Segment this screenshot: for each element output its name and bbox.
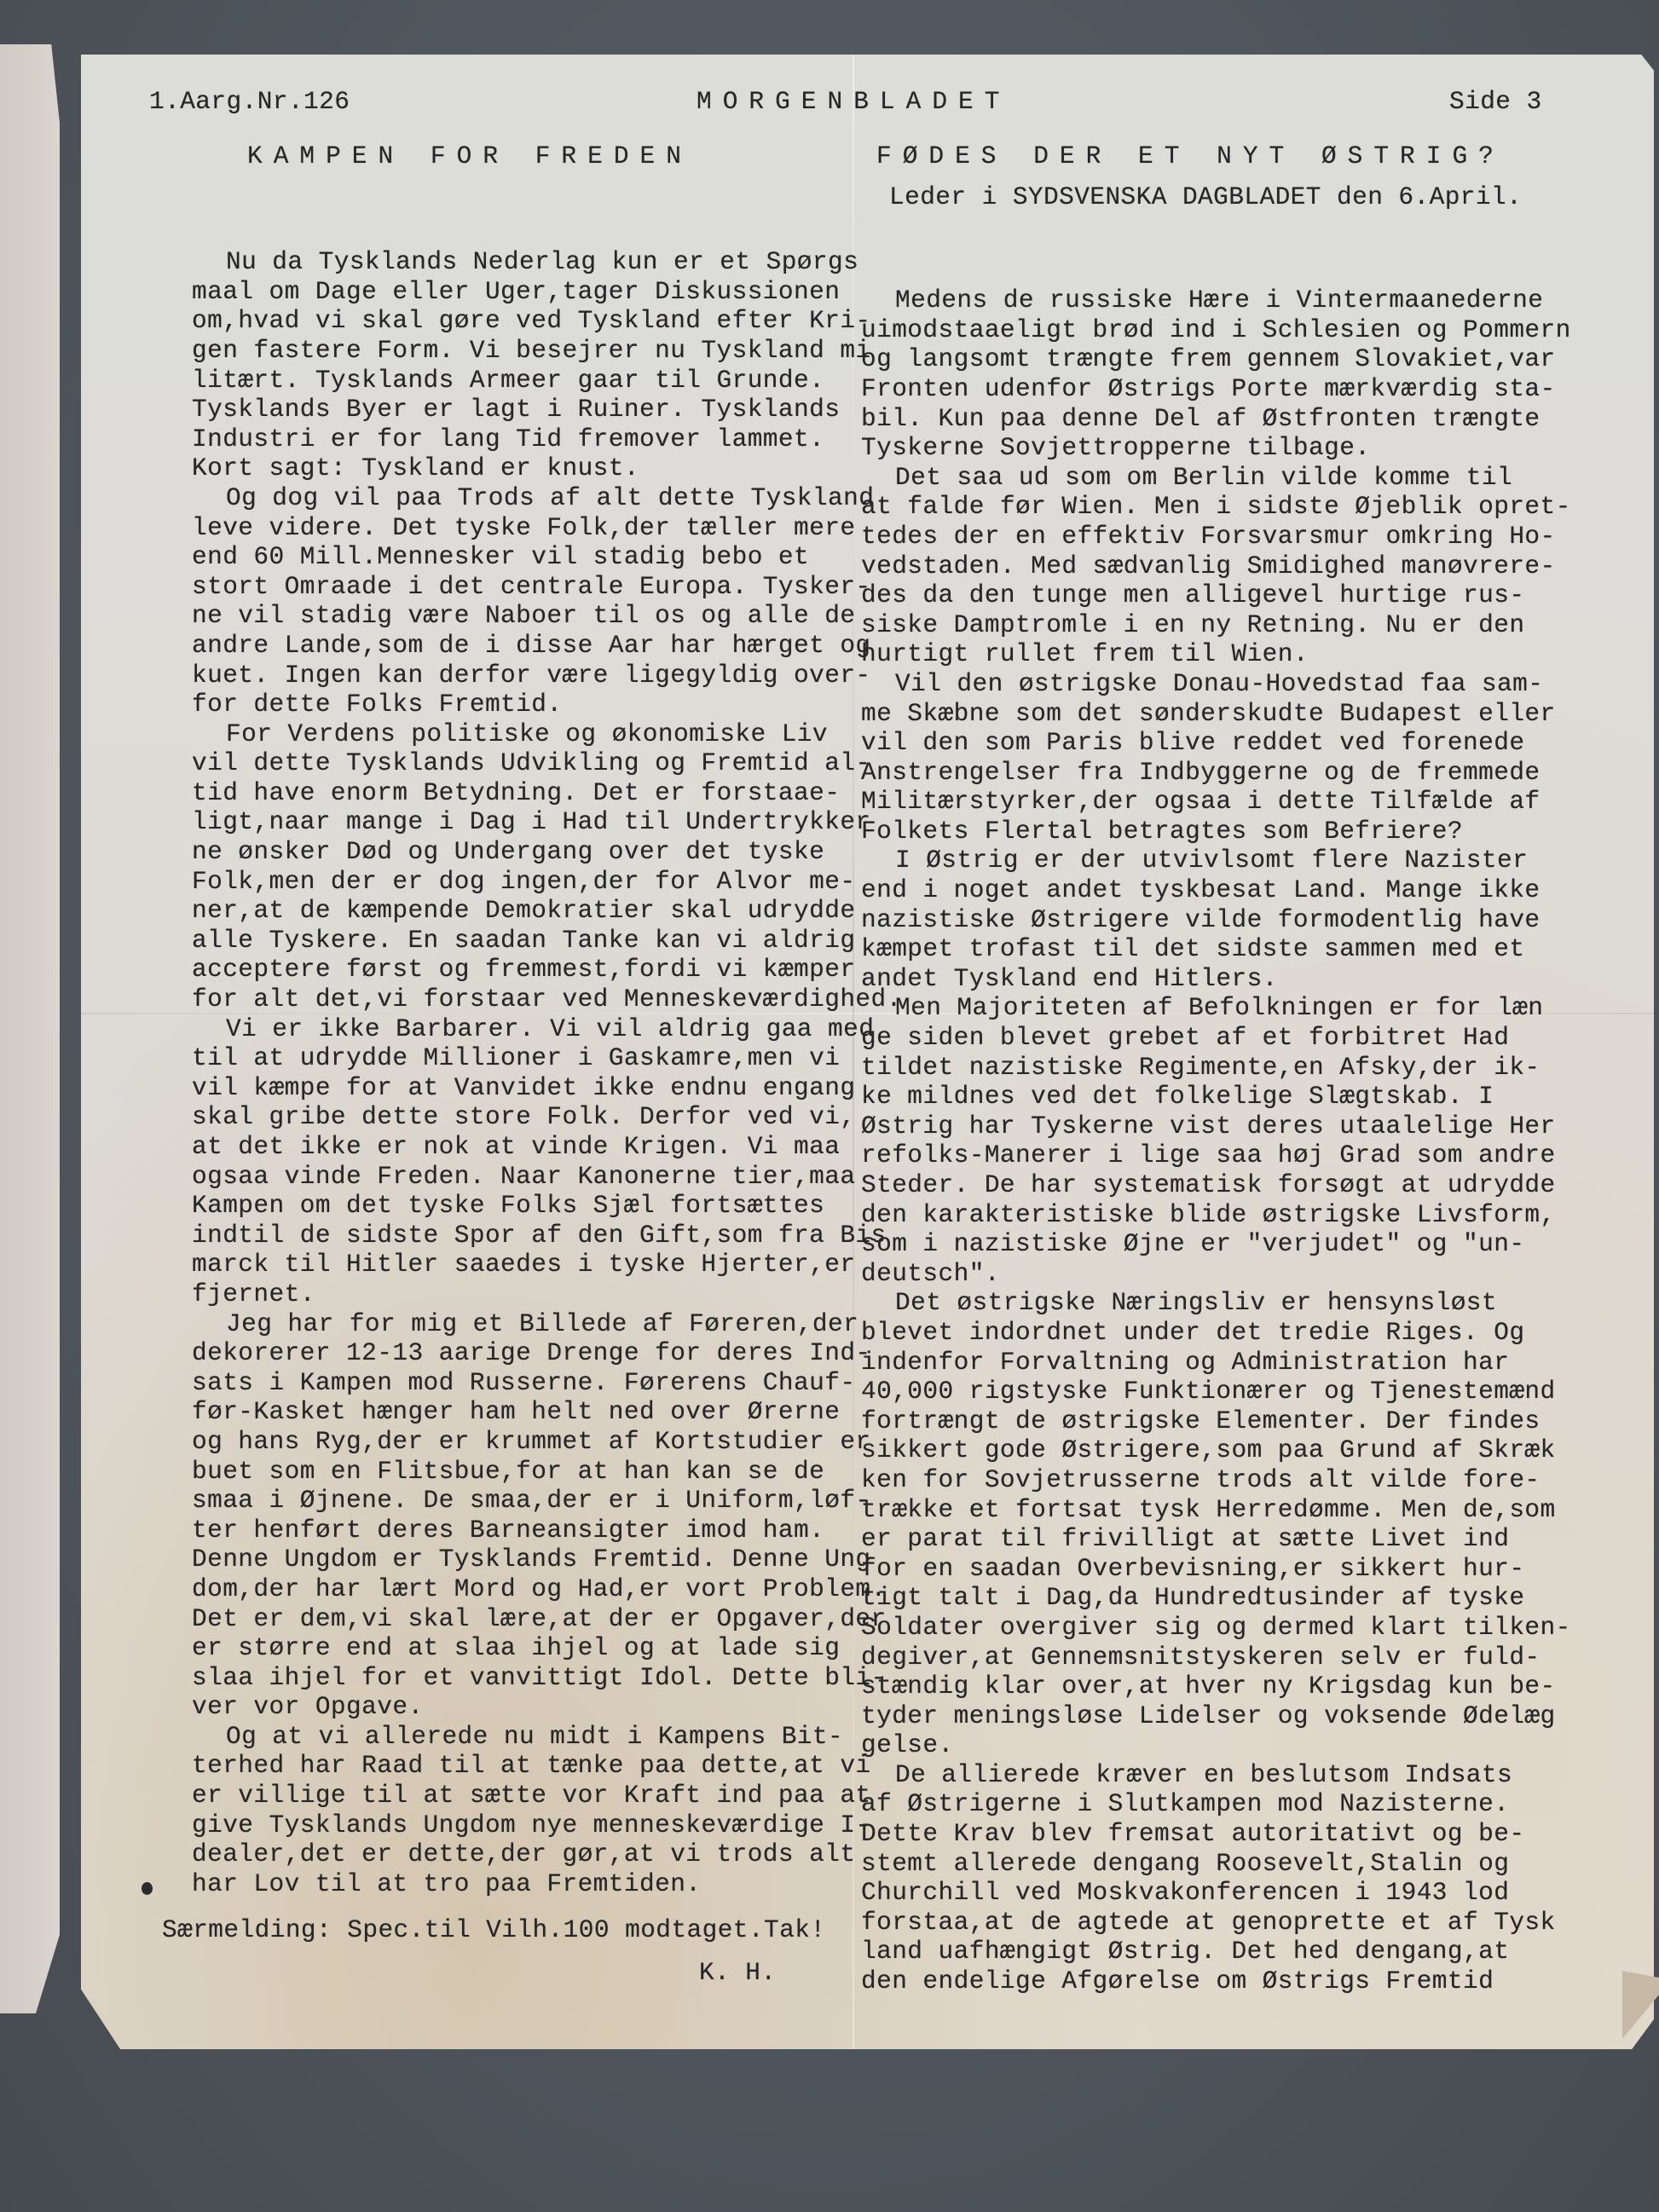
right-article-line: forstaa,at de agtede at genoprette et af… bbox=[861, 1908, 1577, 1938]
right-article-line: nazistiske Østrigere vilde formodentlig … bbox=[861, 905, 1577, 935]
right-article-source: Leder i SYDSVENSKA DAGBLADET den 6.April… bbox=[889, 182, 1522, 212]
left-article-line: indtil de sidste Spor af den Gift,som fr… bbox=[192, 1221, 865, 1250]
right-article-line: Churchill ved Moskvakonferencen i 1943 l… bbox=[861, 1878, 1577, 1908]
right-article-line: andet Tyskland end Hitlers. bbox=[861, 964, 1577, 994]
right-article-line: Det østrigske Næringsliv er hensynsløst bbox=[861, 1288, 1577, 1318]
left-article-line: dealer,det er dette,der gør,at vi trods … bbox=[192, 1839, 865, 1869]
left-article-line: tid have enorm Betydning. Det er forstaa… bbox=[192, 778, 865, 808]
left-article-line: Det er dem,vi skal lære,at der er Opgave… bbox=[192, 1604, 865, 1634]
left-article-line: smaa i Øjnene. De smaa,der er i Uniform,… bbox=[192, 1486, 865, 1516]
left-article-line: For Verdens politiske og økonomiske Liv bbox=[192, 719, 865, 749]
left-article-line: terhed har Raad til at tænke paa dette,a… bbox=[192, 1751, 865, 1781]
left-article-line: har Lov til at tro paa Fremtiden. bbox=[192, 1869, 865, 1899]
left-article-line: ne vil stadig være Naboer til os og alle… bbox=[192, 601, 865, 631]
left-article-line: vil dette Tysklands Udvikling og Fremtid… bbox=[192, 748, 865, 778]
right-article-line: des da den tunge men alligevel hurtige r… bbox=[861, 580, 1577, 610]
right-article-line: Dette Krav blev fremsat autoritativt og … bbox=[861, 1819, 1577, 1849]
left-article-line: Tysklands Byer er lagt i Ruiner. Tysklan… bbox=[192, 395, 865, 424]
left-article-line: leve videre. Det tyske Folk,der tæller m… bbox=[192, 513, 865, 543]
masthead: MORGENBLADET bbox=[697, 87, 1010, 117]
right-article-line: ke mildnes ved det folkelige Slægtskab. … bbox=[861, 1082, 1577, 1112]
right-article-line: fortrængt de østrigske Elementer. Der fi… bbox=[861, 1406, 1577, 1436]
right-article-line: bil. Kun paa denne Del af Østfronten træ… bbox=[861, 404, 1577, 434]
right-article-line: refolks-Manerer i lige saa høj Grad som … bbox=[861, 1141, 1577, 1170]
right-article-line: gelse. bbox=[861, 1730, 1577, 1760]
left-article-line: sats i Kampen mod Russerne. Førerens Cha… bbox=[192, 1368, 865, 1398]
right-article-line: Folkets Flertal betragtes som Befriere? bbox=[861, 817, 1577, 846]
left-article-line: give Tysklands Ungdom nye menneskeværdig… bbox=[192, 1811, 865, 1840]
punch-hole bbox=[142, 1882, 153, 1895]
right-article-line: at falde før Wien. Men i sidste Øjeblik … bbox=[861, 492, 1577, 522]
left-article-line: Industri er for lang Tid fremover lammet… bbox=[192, 424, 865, 454]
right-article-line: Fronten udenfor Østrigs Porte mærkværdig… bbox=[861, 374, 1577, 404]
right-article-line: degiver,at Gennemsnitstyskeren selv er f… bbox=[861, 1643, 1577, 1672]
right-article-line: 40,000 rigstyske Funktionærer og Tjenest… bbox=[861, 1377, 1577, 1406]
left-article-line: acceptere først og fremmest,fordi vi kæm… bbox=[192, 955, 865, 985]
right-article-line: vedstaden. Med sædvanlig Smidighed manøv… bbox=[861, 552, 1577, 581]
left-article-line: og hans Ryg,der er krummet af Kortstudie… bbox=[192, 1427, 865, 1457]
right-article-line: land uafhængigt Østrig. Det hed dengang,… bbox=[861, 1937, 1577, 1967]
left-article-line: ne ønsker Død og Undergang over det tysk… bbox=[192, 837, 865, 867]
right-article-line: Militærstyrker,der ogsaa i dette Tilfæld… bbox=[861, 787, 1577, 817]
left-article-line: for alt det,vi forstaar ved Menneskeværd… bbox=[192, 985, 865, 1014]
left-article-line: dom,der har lært Mord og Had,er vort Pro… bbox=[192, 1574, 865, 1604]
left-article-line: kuet. Ingen kan derfor være ligegyldig o… bbox=[192, 661, 865, 690]
left-article-line: ter henført deres Barneansigter imod ham… bbox=[192, 1516, 865, 1545]
left-article-line: maal om Dage eller Uger,tager Diskussion… bbox=[192, 277, 865, 307]
left-article-line: Kort sagt: Tyskland er knust. bbox=[192, 453, 865, 483]
left-article-line: dekorerer 12-13 aarige Drenge for deres … bbox=[192, 1338, 865, 1368]
left-article-line: Folk,men der er dog ingen,der for Alvor … bbox=[192, 867, 865, 897]
right-article-line: Det saa ud som om Berlin vilde komme til bbox=[861, 463, 1577, 493]
right-article-line: den karakteristiske blide østrigske Livs… bbox=[861, 1200, 1577, 1230]
page-number: Side 3 bbox=[1449, 87, 1542, 117]
left-article-line: end 60 Mill.Mennesker vil stadig bebo et bbox=[192, 542, 865, 572]
right-article-line: ge siden blevet grebet af et forbitret H… bbox=[861, 1023, 1577, 1053]
right-article-line: indenfor Forvaltning og Administration h… bbox=[861, 1348, 1577, 1377]
right-article-line: stemt allerede dengang Roosevelt,Stalin … bbox=[861, 1849, 1577, 1879]
left-article-line: Denne Ungdom er Tysklands Fremtid. Denne… bbox=[192, 1545, 865, 1574]
issue-number: 1.Aarg.Nr.126 bbox=[149, 87, 350, 117]
right-article-line: tyder meningsløse Lidelser og voksende Ø… bbox=[861, 1701, 1577, 1731]
left-article-line: Kampen om det tyske Folks Sjæl fortsætte… bbox=[192, 1191, 865, 1221]
right-article-line: sikkert gode Østrigere,som paa Grund af … bbox=[861, 1435, 1577, 1465]
right-article-line: tildet nazistiske Regimente,en Afsky,der… bbox=[861, 1053, 1577, 1083]
left-article-line: Jeg har for mig et Billede af Føreren,de… bbox=[192, 1309, 865, 1339]
left-article-line: ogsaa vinde Freden. Naar Kanonerne tier,… bbox=[192, 1162, 865, 1192]
left-article-body: Nu da Tysklands Nederlag kun er et Spørg… bbox=[192, 188, 865, 2017]
right-article-line: af Østrigerne i Slutkampen mod Nazistern… bbox=[861, 1789, 1577, 1819]
left-article-line: buet som en Flitsbue,for at han kan se d… bbox=[192, 1457, 865, 1487]
right-article-line: I Østrig er der utvivlsomt flere Naziste… bbox=[861, 846, 1577, 875]
left-article-line: fjernet. bbox=[192, 1279, 865, 1309]
right-article-line: blevet indordnet under det tredie Riges.… bbox=[861, 1318, 1577, 1348]
left-article-line: stort Omraade i det centrale Europa. Tys… bbox=[192, 572, 865, 602]
right-article-line: kæmpet trofast til det sidste sammen med… bbox=[861, 934, 1577, 964]
right-article-line: Vil den østrigske Donau-Hovedstad faa sa… bbox=[861, 669, 1577, 699]
right-article-line: siske Damptromle i en ny Retning. Nu er … bbox=[861, 610, 1577, 640]
right-article-line: er parat til frivilligt at sætte Livet i… bbox=[861, 1524, 1577, 1554]
right-article-line: Tyskerne Sovjettropperne tilbage. bbox=[861, 433, 1577, 463]
left-article-line: alle Tyskere. En saadan Tanke kan vi ald… bbox=[192, 926, 865, 956]
right-article-line: Østrig har Tyskerne vist deres utaalelig… bbox=[861, 1112, 1577, 1141]
left-article-title: KAMPEN FOR FREDEN bbox=[247, 141, 692, 171]
left-article-line: gen fastere Form. Vi besejrer nu Tysklan… bbox=[192, 336, 865, 366]
left-article-line: Vi er ikke Barbarer. Vi vil aldrig gaa m… bbox=[192, 1014, 865, 1044]
right-article-line: vil den som Paris blive reddet ved foren… bbox=[861, 728, 1577, 758]
article-signature: K. H. bbox=[192, 1958, 865, 1988]
left-article-line: ver vor Opgave. bbox=[192, 1692, 865, 1722]
left-article-line: Og at vi allerede nu midt i Kampens Bit- bbox=[192, 1722, 865, 1752]
left-article-line: slaa ihjel for et vanvittigt Idol. Dette… bbox=[192, 1663, 865, 1693]
right-article-line: som i nazistiske Øjne er "verjudet" og "… bbox=[861, 1229, 1577, 1259]
right-article-title: FØDES DER ET NYT ØSTRIG? bbox=[876, 141, 1505, 171]
left-article-line: før-Kasket hænger ham helt ned over Ører… bbox=[192, 1397, 865, 1427]
left-article-line: Nu da Tysklands Nederlag kun er et Spørg… bbox=[192, 247, 865, 277]
right-article-line: stændig klar over,at hver ny Krigsdag ku… bbox=[861, 1672, 1577, 1701]
right-article-line: De allierede kræver en beslutsom Indsats bbox=[861, 1760, 1577, 1790]
right-article-line: og langsomt trængte frem gennem Slovakie… bbox=[861, 344, 1577, 374]
left-article-line: ner,at de kæmpende Demokratier skal udry… bbox=[192, 896, 865, 926]
right-article-line: Men Majoriteten af Befolkningen er for l… bbox=[861, 993, 1577, 1023]
left-article-line: skal gribe dette store Folk. Derfor ved … bbox=[192, 1102, 865, 1132]
left-article-line: at det ikke er nok at vinde Krigen. Vi m… bbox=[192, 1132, 865, 1162]
right-article-line: Steder. De har systematisk forsøgt at ud… bbox=[861, 1170, 1577, 1200]
right-article-line: Medens de russiske Hære i Vintermaaneder… bbox=[861, 286, 1577, 315]
left-article-line: til at udrydde Millioner i Gaskamre,men … bbox=[192, 1043, 865, 1073]
right-article-line: deutsch". bbox=[861, 1259, 1577, 1289]
right-article-line: den endelige Afgørelse om Østrigs Fremti… bbox=[861, 1967, 1577, 1996]
left-article-line: ligt,naar mange i Dag i Had til Undertry… bbox=[192, 807, 865, 837]
left-article-line: for dette Folks Fremtid. bbox=[192, 690, 865, 719]
right-article-line: tedes der en effektiv Forsvarsmur omkrin… bbox=[861, 522, 1577, 552]
right-article-line: tigt talt i Dag,da Hundredtusinder af ty… bbox=[861, 1583, 1577, 1613]
right-article-line: trække et fortsat tysk Herredømme. Men d… bbox=[861, 1495, 1577, 1525]
left-article-line: litært. Tysklands Armeer gaar til Grunde… bbox=[192, 366, 865, 396]
left-article-line: marck til Hitler saaedes i tyske Hjerter… bbox=[192, 1250, 865, 1279]
footer-note: Særmelding: Spec.til Vilh.100 modtaget.T… bbox=[162, 1915, 825, 1945]
left-article-line: om,hvad vi skal gøre ved Tyskland efter … bbox=[192, 306, 865, 336]
left-article-line: Og dog vil paa Trods af alt dette Tyskla… bbox=[192, 483, 865, 513]
right-article-line: Soldater overgiver sig og dermed klart t… bbox=[861, 1613, 1577, 1643]
right-article-body: Medens de russiske Hære i Vintermaaneder… bbox=[861, 227, 1577, 2025]
right-article-line: uimodstaaeligt brød ind i Schlesien og P… bbox=[861, 315, 1577, 345]
right-article-line: ken for Sovjetrusserne trods alt vilde f… bbox=[861, 1465, 1577, 1495]
right-article-line: Anstrengelser fra Indbyggerne og de frem… bbox=[861, 758, 1577, 788]
left-article-line: er villige til at sætte vor Kraft ind pa… bbox=[192, 1781, 865, 1811]
left-article-line: vil kæmpe for at Vanvidet ikke endnu eng… bbox=[192, 1073, 865, 1103]
right-article-line: me Skæbne som det sønderskudte Budapest … bbox=[861, 699, 1577, 729]
adjacent-page-sheet bbox=[0, 44, 60, 2013]
right-article-line: end i noget andet tyskbesat Land. Mange … bbox=[861, 875, 1577, 905]
right-article-line: hurtigt rullet frem til Wien. bbox=[861, 639, 1577, 669]
right-article-line: for en saadan Overbevisning,er sikkert h… bbox=[861, 1554, 1577, 1584]
left-article-line: andre Lande,som de i disse Aar har hærge… bbox=[192, 631, 865, 661]
left-article-line: er større end at slaa ihjel og at lade s… bbox=[192, 1633, 865, 1663]
